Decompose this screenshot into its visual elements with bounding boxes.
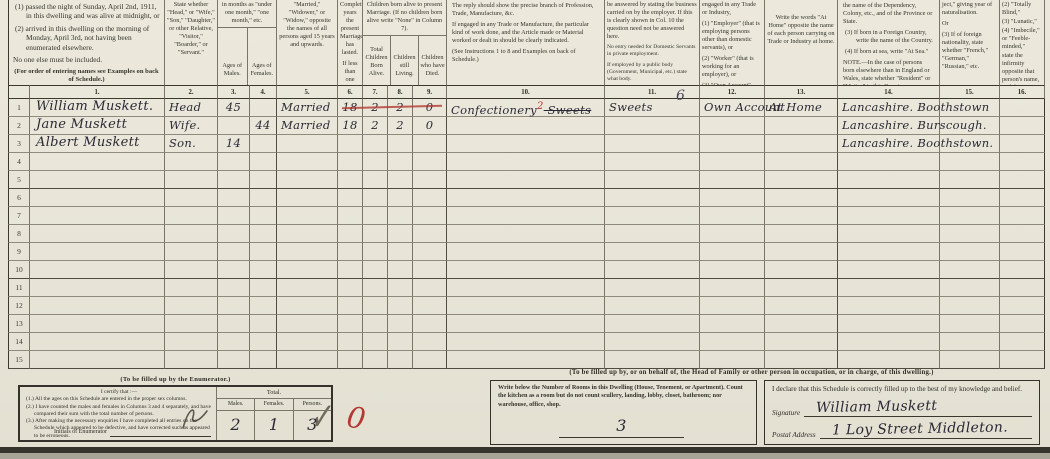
cell-occupation: [447, 117, 605, 135]
row-number: 15: [8, 351, 30, 369]
occupation-struck-text: Sweets: [544, 103, 592, 117]
cell-years-married: [338, 351, 363, 369]
cell-name: [30, 189, 165, 207]
col-header-birthplace: the name of the Dependency, Colony, etc.…: [838, 0, 940, 85]
column-number: 8.: [388, 85, 413, 99]
cell-relation: [165, 351, 218, 369]
cell-name: [30, 315, 165, 333]
cell-years-married: [338, 225, 363, 243]
years-married-text: Completed years the present Marriage has…: [340, 1, 360, 57]
cell-at-home: [765, 171, 838, 189]
cell-children-born: [363, 225, 388, 243]
col-header-relationship: State whether "Head," or "Wife," "Son," …: [165, 0, 218, 85]
cell-age-females: 44: [250, 117, 277, 135]
cell-years-married: [338, 333, 363, 351]
cell-relation: [165, 243, 218, 261]
postal-address-label: Postal Address: [772, 430, 820, 439]
occupation-text: Confectionery: [451, 103, 537, 117]
census-schedule-scan: (1) passed the night of Sunday, April 2n…: [0, 0, 1050, 459]
cell-age-males: [218, 297, 250, 315]
cell-nationality: [940, 171, 1000, 189]
cell-age-males: [218, 261, 250, 279]
col-header-children-born: Total Children Born Alive.: [363, 36, 391, 85]
cell-birthplace: [838, 171, 940, 189]
cell-years-married: [338, 297, 363, 315]
cell-at-home: [765, 135, 838, 153]
cell-occupation: [447, 315, 605, 333]
cell-birthplace: Lancashire. Burscough.: [838, 117, 940, 135]
col-header-children-group: Children born alive to present Marriage.…: [363, 0, 447, 85]
col-header-occupation: The reply should show the precise branch…: [447, 0, 605, 85]
cell-name: [30, 225, 165, 243]
cell-at-home: [765, 117, 838, 135]
cell-occupation: [447, 261, 605, 279]
cell-nationality: [940, 333, 1000, 351]
cell-relation-value: Head: [165, 99, 217, 115]
cell-employment-status: [700, 297, 765, 315]
enumerator-section-heading: (To be filled up by the Enumerator.): [18, 376, 333, 383]
cell-age-males-value: 14: [218, 135, 249, 151]
cell-relation-value: Wife.: [165, 117, 217, 133]
cell-age-females: [250, 225, 277, 243]
cell-employment-status: [700, 225, 765, 243]
cell-marriage: [277, 351, 338, 369]
postal-address-value: 1 Loy Street Middleton.: [831, 419, 1007, 438]
col-header-marriage: "Married," "Widower," or "Widow," opposi…: [277, 0, 338, 85]
cell-nationality: [940, 99, 1000, 117]
cell-nationality: [940, 135, 1000, 153]
children-group-wrap: Children born alive to present Marriage.…: [363, 0, 446, 85]
column-number: 15.: [940, 85, 1000, 99]
birthplace-header-text: (4) If born at sea, write "At Sea.": [843, 48, 934, 56]
cell-marriage: [277, 171, 338, 189]
cell-name: [30, 279, 165, 297]
cell-children-died: [413, 297, 447, 315]
cell-children-born: [363, 315, 388, 333]
cell-industry: [605, 279, 700, 297]
cell-at-home: [765, 207, 838, 225]
cell-children-died: [413, 333, 447, 351]
cell-age-males: [218, 225, 250, 243]
cell-years-married: [338, 135, 363, 153]
cell-children-born: [363, 261, 388, 279]
cell-children-living: [388, 243, 413, 261]
cell-occupation: [447, 135, 605, 153]
column-number: 14.: [838, 85, 940, 99]
cell-at-home: [765, 261, 838, 279]
cell-at-home: [765, 243, 838, 261]
employment-header-text: (1) "Employer" (that is employing person…: [702, 20, 762, 52]
cell-industry: [605, 135, 700, 153]
cell-marriage: [277, 333, 338, 351]
cell-occupation: [447, 225, 605, 243]
column-number: 1.: [30, 85, 165, 99]
cell-marriage: [277, 135, 338, 153]
cell-age-males: 45: [218, 99, 250, 117]
col-header-infirmity: (2) "Totally Blind," (3) "Lunatic," (4) …: [1000, 0, 1045, 85]
cell-age-females: [250, 171, 277, 189]
cell-marriage-value: Married: [277, 117, 337, 133]
cell-occupation: [447, 153, 605, 171]
cell-children-died: [413, 135, 447, 153]
col-header-industry: be answered by stating the business carr…: [605, 0, 700, 85]
cell-relation-value: Son.: [165, 135, 217, 151]
infirmity-header-text: state the infirmity opposite that person…: [1002, 52, 1042, 85]
cell-industry: [605, 171, 700, 189]
row-number: 10: [8, 261, 30, 279]
cell-children-living: [388, 153, 413, 171]
cell-children-born: [363, 297, 388, 315]
cell-relation: [165, 261, 218, 279]
cell-nationality: [940, 315, 1000, 333]
cell-relation: [165, 333, 218, 351]
age-group-wrap: in months as "under one month," "one mon…: [218, 0, 276, 85]
employment-header-text: (2) "Worker" (that is working for an emp…: [702, 55, 762, 79]
row-number: 1: [8, 99, 30, 117]
cell-name-value: Jane Muskett: [30, 117, 164, 133]
cell-name-value: Albert Muskett: [30, 135, 164, 151]
cell-name-value: William Muskett.: [30, 99, 164, 115]
column-number: 2.: [165, 85, 218, 99]
initials-blank-line: [110, 430, 211, 437]
age-group-note: in months as "under one month," "one mon…: [218, 0, 276, 27]
cell-at-home: [765, 333, 838, 351]
cell-industry: [605, 207, 700, 225]
cell-infirmity: [1000, 261, 1045, 279]
birthplace-header-text: (3) If born in a Foreign Country, write …: [843, 29, 934, 45]
cell-employment-status: [700, 117, 765, 135]
cell-marriage: [277, 279, 338, 297]
col-header-age-group: in months as "under one month," "one mon…: [218, 0, 277, 85]
cell-name: [30, 297, 165, 315]
infirmity-header-text: (2) "Totally Blind,": [1002, 1, 1042, 17]
column-number: 7.: [363, 85, 388, 99]
persons-label: Persons.: [294, 399, 331, 410]
cell-occupation: [447, 207, 605, 225]
cell-employment-status: [700, 261, 765, 279]
cell-children-living: [388, 333, 413, 351]
cell-children-died: 0: [413, 99, 447, 117]
cell-birthplace: [838, 333, 940, 351]
row-number: 5: [8, 171, 30, 189]
cell-name: William Muskett.: [30, 99, 165, 117]
column-number: 4.: [250, 85, 277, 99]
cell-name: [30, 333, 165, 351]
cell-employment-status: Own Account: [700, 99, 765, 117]
children-subcolumns: Total Children Born Alive. Children stil…: [363, 35, 446, 85]
cell-nationality: [940, 261, 1000, 279]
row-number: 7: [8, 207, 30, 225]
cell-marriage: [277, 153, 338, 171]
cell-relation: Wife.: [165, 117, 218, 135]
cell-birthplace: [838, 279, 940, 297]
occupation-header-text: If engaged in any Trade or Manufacture, …: [452, 21, 599, 45]
scan-edge-light-band: [0, 453, 1050, 459]
cell-infirmity: [1000, 135, 1045, 153]
cell-employment-status: [700, 207, 765, 225]
number-strip-corner: [8, 85, 30, 99]
totals-value-row: 2 1 3: [217, 411, 331, 440]
nationality-header-text: (3) If of foreign nationality, state whe…: [942, 31, 997, 71]
col-header-children-died: Children who have Died.: [419, 36, 446, 85]
cell-birthplace: [838, 153, 940, 171]
cell-children-born: 2: [363, 117, 388, 135]
cell-name: [30, 171, 165, 189]
cell-name: [30, 153, 165, 171]
col-header-ages-males: Ages of Males.: [218, 28, 248, 85]
cell-relation: Head: [165, 99, 218, 117]
occupation-header-text: The reply should show the precise branch…: [452, 2, 599, 18]
cell-children-died: [413, 171, 447, 189]
cell-infirmity: [1000, 117, 1045, 135]
cell-marriage: Married: [277, 99, 338, 117]
row-number: 12: [8, 297, 30, 315]
cell-age-males: [218, 279, 250, 297]
row-number: 9: [8, 243, 30, 261]
cell-children-living: [388, 189, 413, 207]
initials-row: Initials of Enumerator: [54, 429, 211, 437]
persons-total: 3: [294, 411, 331, 440]
cell-age-females: [250, 243, 277, 261]
cell-at-home: [765, 153, 838, 171]
cell-relation: Son.: [165, 135, 218, 153]
cell-years-married: [338, 261, 363, 279]
children-group-note: Children born alive to present Marriage.…: [363, 0, 446, 35]
cell-age-females: [250, 261, 277, 279]
nationality-header-text: Or: [942, 20, 997, 28]
cell-industry: [605, 189, 700, 207]
cell-children-living-value: 2: [388, 117, 412, 133]
cell-marriage: Married: [277, 117, 338, 135]
row-number: 2: [8, 117, 30, 135]
cell-age-females: [250, 279, 277, 297]
column-number: 12.: [700, 85, 765, 99]
column-number: 3.: [218, 85, 250, 99]
col-header-children-living: Children still Living.: [391, 36, 419, 85]
cell-age-males-value: 45: [218, 99, 249, 115]
cell-relation: [165, 171, 218, 189]
employment-header-text: engaged in any Trade or Industry,: [702, 1, 762, 17]
col-header-employment-status: engaged in any Trade or Industry, (1) "E…: [700, 0, 765, 85]
infirmity-header-text: (3) "Lunatic,": [1002, 18, 1042, 26]
cell-age-males: [218, 189, 250, 207]
instruction-line: (2) arrived in this dwelling on the morn…: [13, 24, 160, 52]
cell-infirmity: [1000, 351, 1045, 369]
enumerator-box: I certify that :— (1.) All the ages on t…: [18, 385, 333, 442]
cell-nationality: [940, 207, 1000, 225]
occupation-red-mark: 2: [537, 101, 544, 112]
cell-age-females: [250, 153, 277, 171]
cell-name: Jane Muskett: [30, 117, 165, 135]
signature-label: Signature: [772, 408, 804, 417]
col-header-at-home: Write the words "At Home" opposite the n…: [765, 0, 838, 85]
cell-occupation: [447, 351, 605, 369]
females-total: 1: [255, 411, 293, 440]
cell-years-married: [338, 243, 363, 261]
cell-children-born: [363, 171, 388, 189]
cell-nationality: [940, 297, 1000, 315]
row-number: 3: [8, 135, 30, 153]
cell-age-males: [218, 171, 250, 189]
cell-infirmity: [1000, 99, 1045, 117]
females-label: Females.: [255, 399, 293, 410]
cell-at-home: [765, 225, 838, 243]
cell-children-died: [413, 279, 447, 297]
infirmity-header-text: (4) "Imbecile," or "Feeble-minded,": [1002, 27, 1042, 51]
row-number: 13: [8, 315, 30, 333]
cell-relation: [165, 279, 218, 297]
cell-children-died: [413, 315, 447, 333]
cell-occupation: [447, 243, 605, 261]
cell-infirmity: [1000, 333, 1045, 351]
column-number: 6.: [338, 85, 363, 99]
cell-industry: [605, 243, 700, 261]
occupation-entry: Confectionery2 Sweets: [447, 99, 604, 118]
cell-birthplace-value: Lancashire. Burscough.: [838, 117, 939, 133]
col-header-ages-females: Ages of Females.: [248, 28, 277, 85]
cell-children-died: [413, 189, 447, 207]
cell-age-females: [250, 333, 277, 351]
cell-years-married: [338, 153, 363, 171]
cell-nationality: [940, 279, 1000, 297]
industry-header-note: No entry needed for Domestic Servants in…: [607, 44, 697, 58]
cell-age-females: [250, 315, 277, 333]
instruction-line: (1) passed the night of Sunday, April 2n…: [13, 2, 160, 21]
cell-children-died-value: 0: [413, 117, 446, 133]
cell-industry: [605, 261, 700, 279]
birthplace-header-note: NOTE.—In the case of persons born elsewh…: [843, 59, 934, 85]
cell-relation: [165, 153, 218, 171]
signature-row: Signature William Muskett: [772, 398, 1032, 417]
cell-children-died: [413, 153, 447, 171]
cell-children-living: [388, 207, 413, 225]
cell-employment-status: [700, 351, 765, 369]
cell-age-females: [250, 189, 277, 207]
column-number: 16.: [1000, 85, 1045, 99]
cell-infirmity: [1000, 279, 1045, 297]
cell-children-died: [413, 243, 447, 261]
cell-age-males: [218, 243, 250, 261]
cell-occupation: [447, 279, 605, 297]
row-number: 6: [8, 189, 30, 207]
cell-relation: [165, 207, 218, 225]
cell-age-males: 14: [218, 135, 250, 153]
cell-children-born: [363, 153, 388, 171]
cell-age-females: [250, 351, 277, 369]
cell-name: [30, 243, 165, 261]
cell-nationality: [940, 189, 1000, 207]
cell-employment-status: [700, 171, 765, 189]
signature-value: William Muskett: [816, 398, 937, 416]
column-number: 9.: [413, 85, 447, 99]
row-number: 8: [8, 225, 30, 243]
cell-birthplace: [838, 297, 940, 315]
signature-line: William Muskett: [804, 398, 1032, 417]
cell-infirmity: [1000, 153, 1045, 171]
cell-age-males: [218, 207, 250, 225]
cell-industry: [605, 315, 700, 333]
cell-children-born: [363, 207, 388, 225]
cell-children-living: [388, 315, 413, 333]
cell-marriage: [277, 315, 338, 333]
cell-age-females: [250, 135, 277, 153]
cell-relation: [165, 315, 218, 333]
totals-table: Total. Males. Females. Persons. 2 1 3: [216, 387, 331, 440]
cell-age-females: [250, 207, 277, 225]
declaration-text: I declare that this Schedule is correctl…: [772, 385, 1032, 395]
cell-nationality: [940, 153, 1000, 171]
cell-children-living: [388, 225, 413, 243]
cell-age-males: [218, 351, 250, 369]
cell-birthplace: [838, 225, 940, 243]
cell-industry: [605, 225, 700, 243]
row-number: 11: [8, 279, 30, 297]
cell-nationality: [940, 243, 1000, 261]
cell-marriage: [277, 243, 338, 261]
certify-item: (2.) I have counted the males and female…: [25, 404, 213, 419]
cell-infirmity: [1000, 315, 1045, 333]
occupation-header-note: (See Instructions 1 to 8 and Examples on…: [452, 48, 599, 64]
age-subcolumns: Ages of Males. Ages of Females.: [218, 27, 276, 85]
pencil-correction-mark: 6: [676, 88, 685, 104]
cell-children-born-value: 2: [363, 117, 387, 133]
cell-marriage: [277, 225, 338, 243]
cell-children-born: [363, 279, 388, 297]
household-section-heading: (To be filled up by, or on behalf of, th…: [488, 369, 1015, 376]
cell-birthplace: [838, 315, 940, 333]
cell-industry: [605, 297, 700, 315]
cell-infirmity: [1000, 297, 1045, 315]
cell-birthplace-value: Lancashire. Boothstown.: [838, 135, 939, 151]
cell-relation: [165, 225, 218, 243]
cell-name: Albert Muskett: [30, 135, 165, 153]
males-total: 2: [217, 411, 255, 440]
cell-birthplace: [838, 207, 940, 225]
cell-years-married: [338, 315, 363, 333]
cell-relation: [165, 297, 218, 315]
industry-header-note: If employed by a public body (Government…: [607, 62, 697, 83]
cell-children-died: 0: [413, 117, 447, 135]
cell-age-females: [250, 297, 277, 315]
instruction-line: No one else must be included.: [13, 55, 160, 64]
cell-industry: [605, 351, 700, 369]
nationality-header-text: ject," giving year of naturalisation.: [942, 1, 997, 17]
cell-years-married: [338, 279, 363, 297]
cell-infirmity: [1000, 207, 1045, 225]
cell-employment-status: [700, 189, 765, 207]
cell-children-born: [363, 333, 388, 351]
cell-employment-status: [700, 243, 765, 261]
total-header: Total.: [217, 387, 331, 399]
industry-header-text: be answered by stating the business carr…: [607, 1, 697, 41]
cell-children-born: [363, 135, 388, 153]
column-number: 13.: [765, 85, 838, 99]
cell-children-born: [363, 189, 388, 207]
cell-years-married: 18: [338, 117, 363, 135]
cell-age-males: [218, 333, 250, 351]
cell-name: [30, 261, 165, 279]
cell-industry: [605, 117, 700, 135]
cell-relation: [165, 189, 218, 207]
cell-marriage: [277, 207, 338, 225]
cell-age-females: [250, 99, 277, 117]
cell-age-males: [218, 315, 250, 333]
cell-birthplace: [838, 243, 940, 261]
totals-label-row: Males. Females. Persons.: [217, 399, 331, 411]
census-table: (1) passed the night of Sunday, April 2n…: [8, 0, 1045, 369]
col-header-instructions: (1) passed the night of Sunday, April 2n…: [8, 0, 165, 85]
cell-marriage: [277, 261, 338, 279]
